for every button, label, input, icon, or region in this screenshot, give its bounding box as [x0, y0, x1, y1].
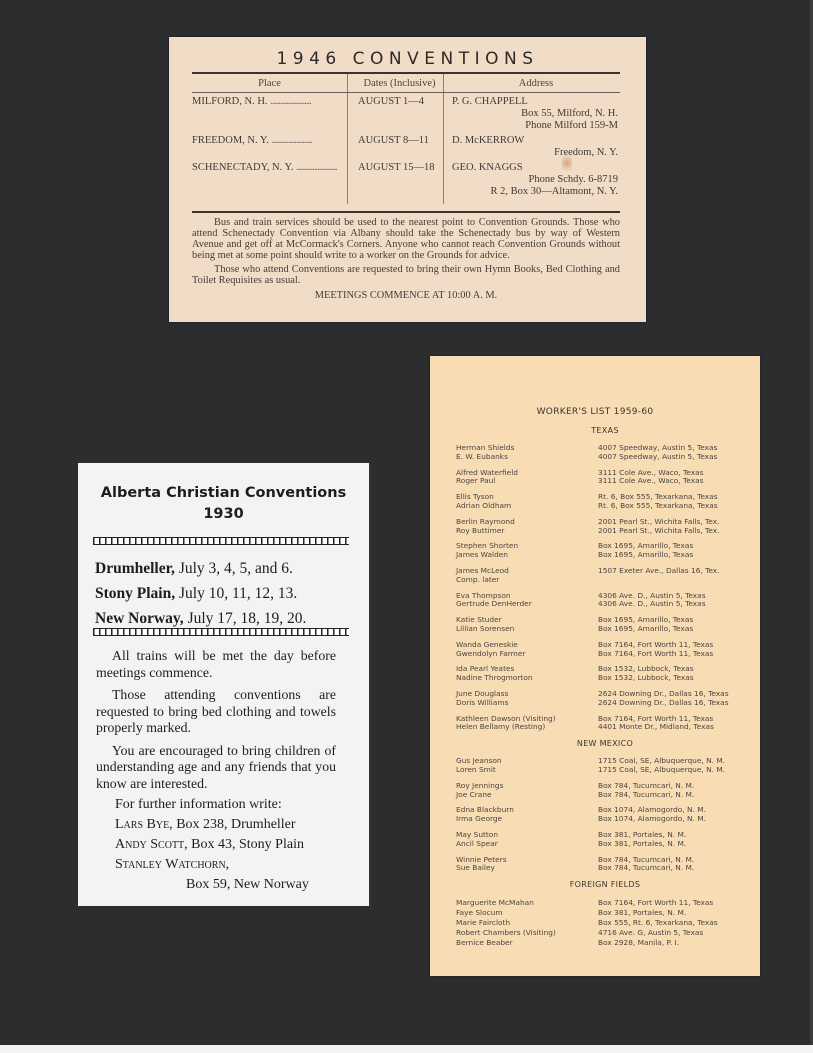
schedule-dates: July 10, 11, 12, 13. [179, 585, 297, 602]
dates-cell: AUGUST 1—4 [348, 93, 444, 133]
worker-address: 4007 Speedway, Austin 5, Texas [598, 453, 755, 462]
address-cell: D. McKERROWFreedom, N. Y. [444, 132, 621, 159]
contact-name: D. McKERROW [452, 135, 620, 147]
worker-address: 3111 Cole Ave., Waco, Texas [598, 477, 755, 486]
conventions-table: Place Dates (Inclusive) Address MILFORD,… [192, 72, 620, 204]
worker-row: Robert Chambers (Visiting)4716 Ave. G, A… [455, 928, 755, 938]
worker-name: Gertrude DenHerder [455, 600, 598, 609]
worker-address [598, 576, 755, 585]
worker-name: Sue Bailey [455, 864, 598, 873]
workers-list: TEXASHerman Shields4007 Speedway, Austin… [455, 426, 755, 955]
worker-address: Box 784, Tucumcari, N. M. [598, 864, 755, 873]
contact-address: Box 43, Stony Plain [191, 837, 304, 852]
worker-name: Ancil Spear [455, 840, 598, 849]
section-heading: TEXAS [455, 426, 755, 435]
place-name: MILFORD, N. H. [192, 96, 270, 107]
alberta-paragraph: All trains will be met the day before me… [96, 648, 336, 681]
worker-group: Ellis TysonRt. 6, Box 555, Texarkana, Te… [455, 493, 755, 511]
contact-name: Stanley Watchorn, [115, 857, 229, 872]
card-1946-conventions: 1946 CONVENTIONS Place Dates (Inclusive)… [169, 37, 646, 322]
worker-group: Stephen ShortenBox 1695, Amarillo, Texas… [455, 542, 755, 560]
worker-address: 2624 Downing Dr., Dallas 16, Texas [598, 699, 755, 708]
worker-group: June Douglass2624 Downing Dr., Dallas 16… [455, 690, 755, 708]
worker-address: 4716 Ave. G, Austin 5, Texas [598, 928, 755, 938]
schedule-dates: July 17, 18, 19, 20. [188, 610, 307, 627]
contact-name: Lars Bye, [115, 817, 173, 832]
card-1946-title: 1946 CONVENTIONS [169, 49, 646, 69]
header-dates: Dates (Inclusive) [348, 73, 444, 93]
card-workers-list: WORKER'S LIST 1959-60 TEXASHerman Shield… [430, 356, 760, 976]
place-cell: SCHENECTADY, N. Y. .....................… [192, 159, 348, 204]
worker-group: Alfred Waterfield3111 Cole Ave., Waco, T… [455, 469, 755, 487]
schedule-line: Stony Plain, July 10, 11, 12, 13. [95, 581, 351, 606]
contact-name: P. G. CHAPPELL [452, 96, 620, 108]
schedule-place: New Norway, [95, 610, 184, 627]
worker-address: 1715 Coal, SE, Albuquerque, N. M. [598, 766, 755, 775]
card-alberta-1930: Alberta Christian Conventions 1930 Drumh… [78, 463, 371, 906]
worker-row: Roy Buttimer2001 Pearl St., Wichita Fall… [455, 527, 755, 536]
alberta-paragraph: Those attending conventions are requeste… [96, 687, 336, 737]
worker-address: Box 1532, Lubbock, Texas [598, 674, 755, 683]
schedule-line: Drumheller, July 3, 4, 5, and 6. [95, 556, 351, 581]
worker-name: Roy Buttimer [455, 527, 598, 536]
contact-line: Andy Scott, Box 43, Stony Plain [115, 835, 345, 855]
section-heading: FOREIGN FIELDS [455, 880, 755, 889]
dates-cell: AUGUST 15—18 [348, 159, 444, 204]
address-line: Phone Milford 159-M [452, 120, 620, 132]
worker-row: Adrian OldhamRt. 6, Box 555, Texarkana, … [455, 502, 755, 511]
table-rule [192, 211, 620, 213]
worker-row: Doris Williams2624 Downing Dr., Dallas 1… [455, 699, 755, 708]
worker-address: Box 1695, Amarillo, Texas [598, 551, 755, 560]
contact-line: Stanley Watchorn, [115, 855, 345, 875]
alberta-title: Alberta Christian Conventions 1930 [78, 483, 369, 525]
address-line: R 2, Box 30—Altamont, N. Y. [452, 186, 620, 198]
worker-address: 4306 Ave. D., Austin 5, Texas [598, 600, 755, 609]
worker-name: James Walden [455, 551, 598, 560]
worker-address: Box 7164, Fort Worth 11, Texas [598, 650, 755, 659]
place-name: FREEDOM, N. Y. [192, 135, 271, 146]
alberta-contacts: For further information write: Lars Bye,… [115, 795, 345, 895]
worker-group: James McLeod1507 Exeter Ave., Dallas 16,… [455, 567, 755, 585]
address-line: Freedom, N. Y. [452, 147, 620, 159]
place-cell: MILFORD, N. H. ......................... [192, 93, 348, 133]
workers-title: WORKER'S LIST 1959-60 [430, 407, 760, 417]
worker-name: Helen Bellamy (Resting) [455, 723, 598, 732]
worker-group: May SuttonBox 381, Portales, N. M.Ancil … [455, 831, 755, 849]
worker-row: Loren Smit1715 Coal, SE, Albuquerque, N.… [455, 766, 755, 775]
leader-dots: ......................... [296, 162, 337, 173]
address-line: Box 55, Milford, N. H. [452, 108, 620, 120]
worker-row: Roger Paul3111 Cole Ave., Waco, Texas [455, 477, 755, 486]
worker-address: Box 381, Portales, N. M. [598, 840, 755, 849]
worker-name: Marie Faircloth [455, 918, 598, 928]
worker-address: Box 381, Portales, N. M. [598, 908, 755, 918]
worker-row: Sue BaileyBox 784, Tucumcari, N. M. [455, 864, 755, 873]
worker-row: Bernice BeaberBox 2928, Manila, P. I. [455, 938, 755, 948]
worker-address: Box 2928, Manila, P. I. [598, 938, 755, 948]
worker-address: Box 1695, Amarillo, Texas [598, 625, 755, 634]
worker-name: Faye Slocum [455, 908, 598, 918]
chain-divider [93, 628, 349, 636]
worker-name: E. W. Eubanks [455, 453, 598, 462]
address-cell: GEO. KNAGGSPhone Schdy. 6-8719R 2, Box 3… [444, 159, 621, 204]
worker-name: Gwendolyn Farmer [455, 650, 598, 659]
workers-section: NEW MEXICOGus Jeanson1715 Coal, SE, Albu… [455, 739, 755, 873]
schedule-dates: July 3, 4, 5, and 6. [179, 560, 293, 577]
worker-row: Nadine ThrogmortonBox 1532, Lubbock, Tex… [455, 674, 755, 683]
worker-row: Marguerite McMahanBox 7164, Fort Worth 1… [455, 898, 755, 908]
worker-group: Ida Pearl YeatesBox 1532, Lubbock, Texas… [455, 665, 755, 683]
worker-name: Bernice Beaber [455, 938, 598, 948]
worker-group: Kathleen Dawson (Visiting)Box 7164, Fort… [455, 715, 755, 733]
worker-row: Faye SlocumBox 381, Portales, N. M. [455, 908, 755, 918]
worker-group: Marguerite McMahanBox 7164, Fort Worth 1… [455, 898, 755, 948]
worker-row: James WaldenBox 1695, Amarillo, Texas [455, 551, 755, 560]
schedule-place: Stony Plain, [95, 585, 175, 602]
note-paragraph: Bus and train services should be used to… [192, 217, 620, 261]
schedule-place: Drumheller, [95, 560, 175, 577]
worker-group: Edna BlackburnBox 1074, Alamogordo, N. M… [455, 806, 755, 824]
worker-address: Box 1074, Alamogordo, N. M. [598, 815, 755, 824]
address-cell: P. G. CHAPPELLBox 55, Milford, N. H.Phon… [444, 93, 621, 133]
worker-group: Katie StuderBox 1695, Amarillo, TexasLil… [455, 616, 755, 634]
worker-group: Berlin Raymond2001 Pearl St., Wichita Fa… [455, 518, 755, 536]
rust-stain [562, 152, 572, 174]
worker-group: Eva Thompson4306 Ave. D., Austin 5, Texa… [455, 592, 755, 610]
worker-group: Gus Jeanson1715 Coal, SE, Albuquerque, N… [455, 757, 755, 775]
header-place: Place [192, 73, 348, 93]
worker-group: Winnie PetersBox 784, Tucumcari, N. M.Su… [455, 856, 755, 874]
contact-address: Box 59, New Norway [115, 875, 345, 895]
table-row: MILFORD, N. H. .........................… [192, 93, 620, 133]
place-name: SCHENECTADY, N. Y. [192, 162, 296, 173]
note-paragraph: Those who attend Conventions are request… [192, 264, 620, 286]
workers-section: FOREIGN FIELDSMarguerite McMahanBox 7164… [455, 880, 755, 948]
worker-address: Rt. 6, Box 555, Texarkana, Texas [598, 502, 755, 511]
worker-address: 1507 Exeter Ave., Dallas 16, Tex. [598, 567, 755, 576]
alberta-body: All trains will be met the day before me… [96, 648, 336, 798]
worker-name: Lillian Sorensen [455, 625, 598, 634]
worker-row: James McLeod1507 Exeter Ave., Dallas 16,… [455, 567, 755, 576]
worker-name: Irma George [455, 815, 598, 824]
worker-row: Lillian SorensenBox 1695, Amarillo, Texa… [455, 625, 755, 634]
worker-row: Marie FairclothBox 555, Rt. 6, Texarkana… [455, 918, 755, 928]
worker-address: Box 784, Tucumcari, N. M. [598, 791, 755, 800]
worker-row: Gwendolyn FarmerBox 7164, Fort Worth 11,… [455, 650, 755, 659]
table-row: FREEDOM, N. Y. .........................… [192, 132, 620, 159]
page-bottom-margin [0, 1045, 813, 1053]
meetings-commence: MEETINGS COMMENCE AT 10:00 A. M. [192, 290, 620, 301]
header-address: Address [444, 73, 621, 93]
table-row: SCHENECTADY, N. Y. .....................… [192, 159, 620, 204]
section-heading: NEW MEXICO [455, 739, 755, 748]
worker-row: Comp. later [455, 576, 755, 585]
worker-row: E. W. Eubanks4007 Speedway, Austin 5, Te… [455, 453, 755, 462]
worker-address: 2001 Pearl St., Wichita Falls, Tex. [598, 527, 755, 536]
card-1946-notes: Bus and train services should be used to… [192, 217, 620, 304]
leader-dots: ......................... [270, 96, 311, 107]
contact-intro: For further information write: [115, 795, 345, 815]
worker-name: Doris Williams [455, 699, 598, 708]
worker-address: Box 7164, Fort Worth 11, Texas [598, 898, 755, 908]
leader-dots: ......................... [271, 135, 312, 146]
address-line: Phone Schdy. 6-8719 [452, 174, 620, 186]
dates-cell: AUGUST 8—11 [348, 132, 444, 159]
worker-row: Helen Bellamy (Resting)4401 Monte Dr., M… [455, 723, 755, 732]
contact-line: Lars Bye, Box 238, Drumheller [115, 815, 345, 835]
place-cell: FREEDOM, N. Y. ......................... [192, 132, 348, 159]
worker-name: Nadine Throgmorton [455, 674, 598, 683]
alberta-paragraph: You are encouraged to bring children of … [96, 743, 336, 793]
worker-address: 4401 Monte Dr., Midland, Texas [598, 723, 755, 732]
worker-name: Roger Paul [455, 477, 598, 486]
worker-group: Wanda GeneskieBox 7164, Fort Worth 11, T… [455, 641, 755, 659]
worker-row: Gertrude DenHerder4306 Ave. D., Austin 5… [455, 600, 755, 609]
worker-name: Robert Chambers (Visiting) [455, 928, 598, 938]
chain-divider [93, 537, 349, 545]
worker-name: Comp. later [455, 576, 598, 585]
workers-section: TEXASHerman Shields4007 Speedway, Austin… [455, 426, 755, 732]
worker-row: Joe CraneBox 784, Tucumcari, N. M. [455, 791, 755, 800]
alberta-title-text: Alberta Christian Conventions [78, 483, 369, 504]
contact-name: Andy Scott, [115, 837, 188, 852]
alberta-year: 1930 [78, 504, 369, 525]
worker-group: Roy JenningsBox 784, Tucumcari, N. M.Joe… [455, 782, 755, 800]
worker-row: Irma GeorgeBox 1074, Alamogordo, N. M. [455, 815, 755, 824]
worker-group: Herman Shields4007 Speedway, Austin 5, T… [455, 444, 755, 462]
worker-name: Adrian Oldham [455, 502, 598, 511]
contact-address: Box 238, Drumheller [176, 817, 295, 832]
contact-name: GEO. KNAGGS [452, 162, 620, 174]
worker-name: Loren Smit [455, 766, 598, 775]
worker-name: Marguerite McMahan [455, 898, 598, 908]
worker-address: Box 555, Rt. 6, Texarkana, Texas [598, 918, 755, 928]
worker-row: Ancil SpearBox 381, Portales, N. M. [455, 840, 755, 849]
alberta-schedule: Drumheller, July 3, 4, 5, and 6.Stony Pl… [95, 556, 351, 631]
worker-name: Joe Crane [455, 791, 598, 800]
